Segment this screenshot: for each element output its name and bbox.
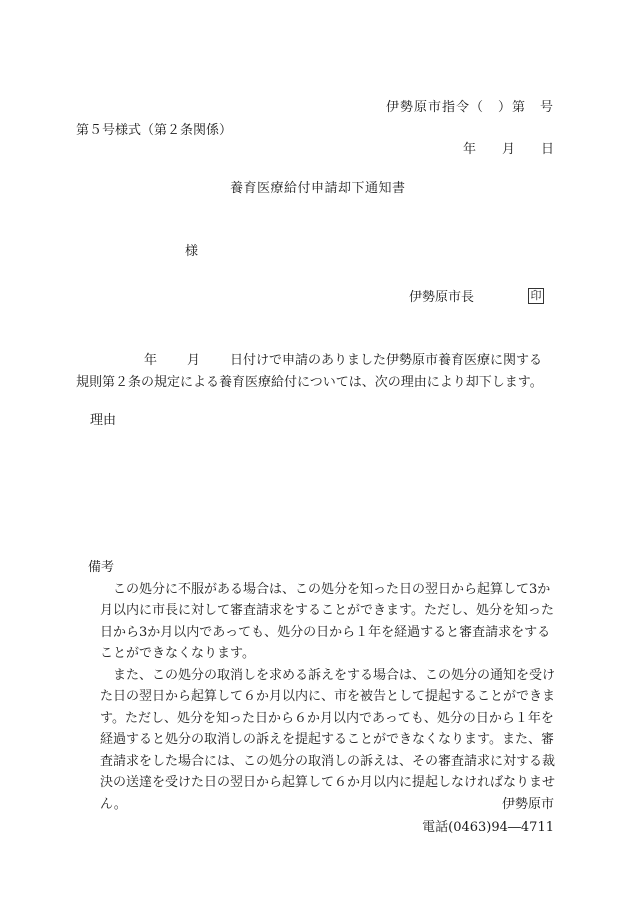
reason-label: 理由: [90, 414, 116, 427]
remarks-paragraph-2: また、この処分の取消しを求める訴えをする場合は、この処分の通知を受けた日の翌日か…: [88, 665, 558, 816]
notice-body-line-1-text: 日付けで申請のありました伊勢原市養育医療に関する: [230, 353, 542, 368]
document-number: 伊勢原市指令（ ）第 号: [386, 101, 554, 114]
date-year-label: 年: [463, 143, 476, 156]
application-month-label: 月: [187, 353, 200, 368]
footer-city: 伊勢原市: [502, 798, 554, 811]
form-reference: 第５号様式（第２条関係）: [76, 124, 232, 137]
issue-date: 年月日: [463, 143, 554, 156]
notice-body-line-1: 年月日付けで申請のありました伊勢原市養育医療に関する: [76, 350, 556, 372]
document-title: 養育医療給付申請却下通知書: [230, 182, 406, 195]
notice-body-line-2: 規則第２条の規定による養育医療給付については、次の理由により却下します。: [76, 372, 556, 394]
remarks-paragraph-2-text: また、この処分の取消しを求める訴えをする場合は、この処分の通知を受けた日の翌日か…: [100, 665, 558, 816]
addressee-honorific: 様: [185, 245, 198, 258]
remarks-title: 備考: [88, 557, 558, 579]
remarks-section: 備考 この処分に不服がある場合は、この処分を知った日の翌日から起算して3か月以内…: [88, 557, 558, 815]
remarks-paragraph-1-text: この処分に不服がある場合は、この処分を知った日の翌日から起算して3か月以内に市長…: [100, 579, 558, 665]
footer-phone: 電話(0463)94―4711: [422, 821, 554, 834]
remarks-paragraph-1: この処分に不服がある場合は、この処分を知った日の翌日から起算して3か月以内に市長…: [88, 579, 558, 665]
notice-body: 年月日付けで申請のありました伊勢原市養育医療に関する 規則第２条の規定による養育…: [76, 350, 556, 394]
date-month-label: 月: [502, 143, 515, 156]
sender-name: 伊勢原市長: [409, 291, 474, 304]
seal-icon: 印: [528, 288, 544, 304]
application-year-label: 年: [144, 353, 157, 368]
date-day-label: 日: [541, 143, 554, 156]
